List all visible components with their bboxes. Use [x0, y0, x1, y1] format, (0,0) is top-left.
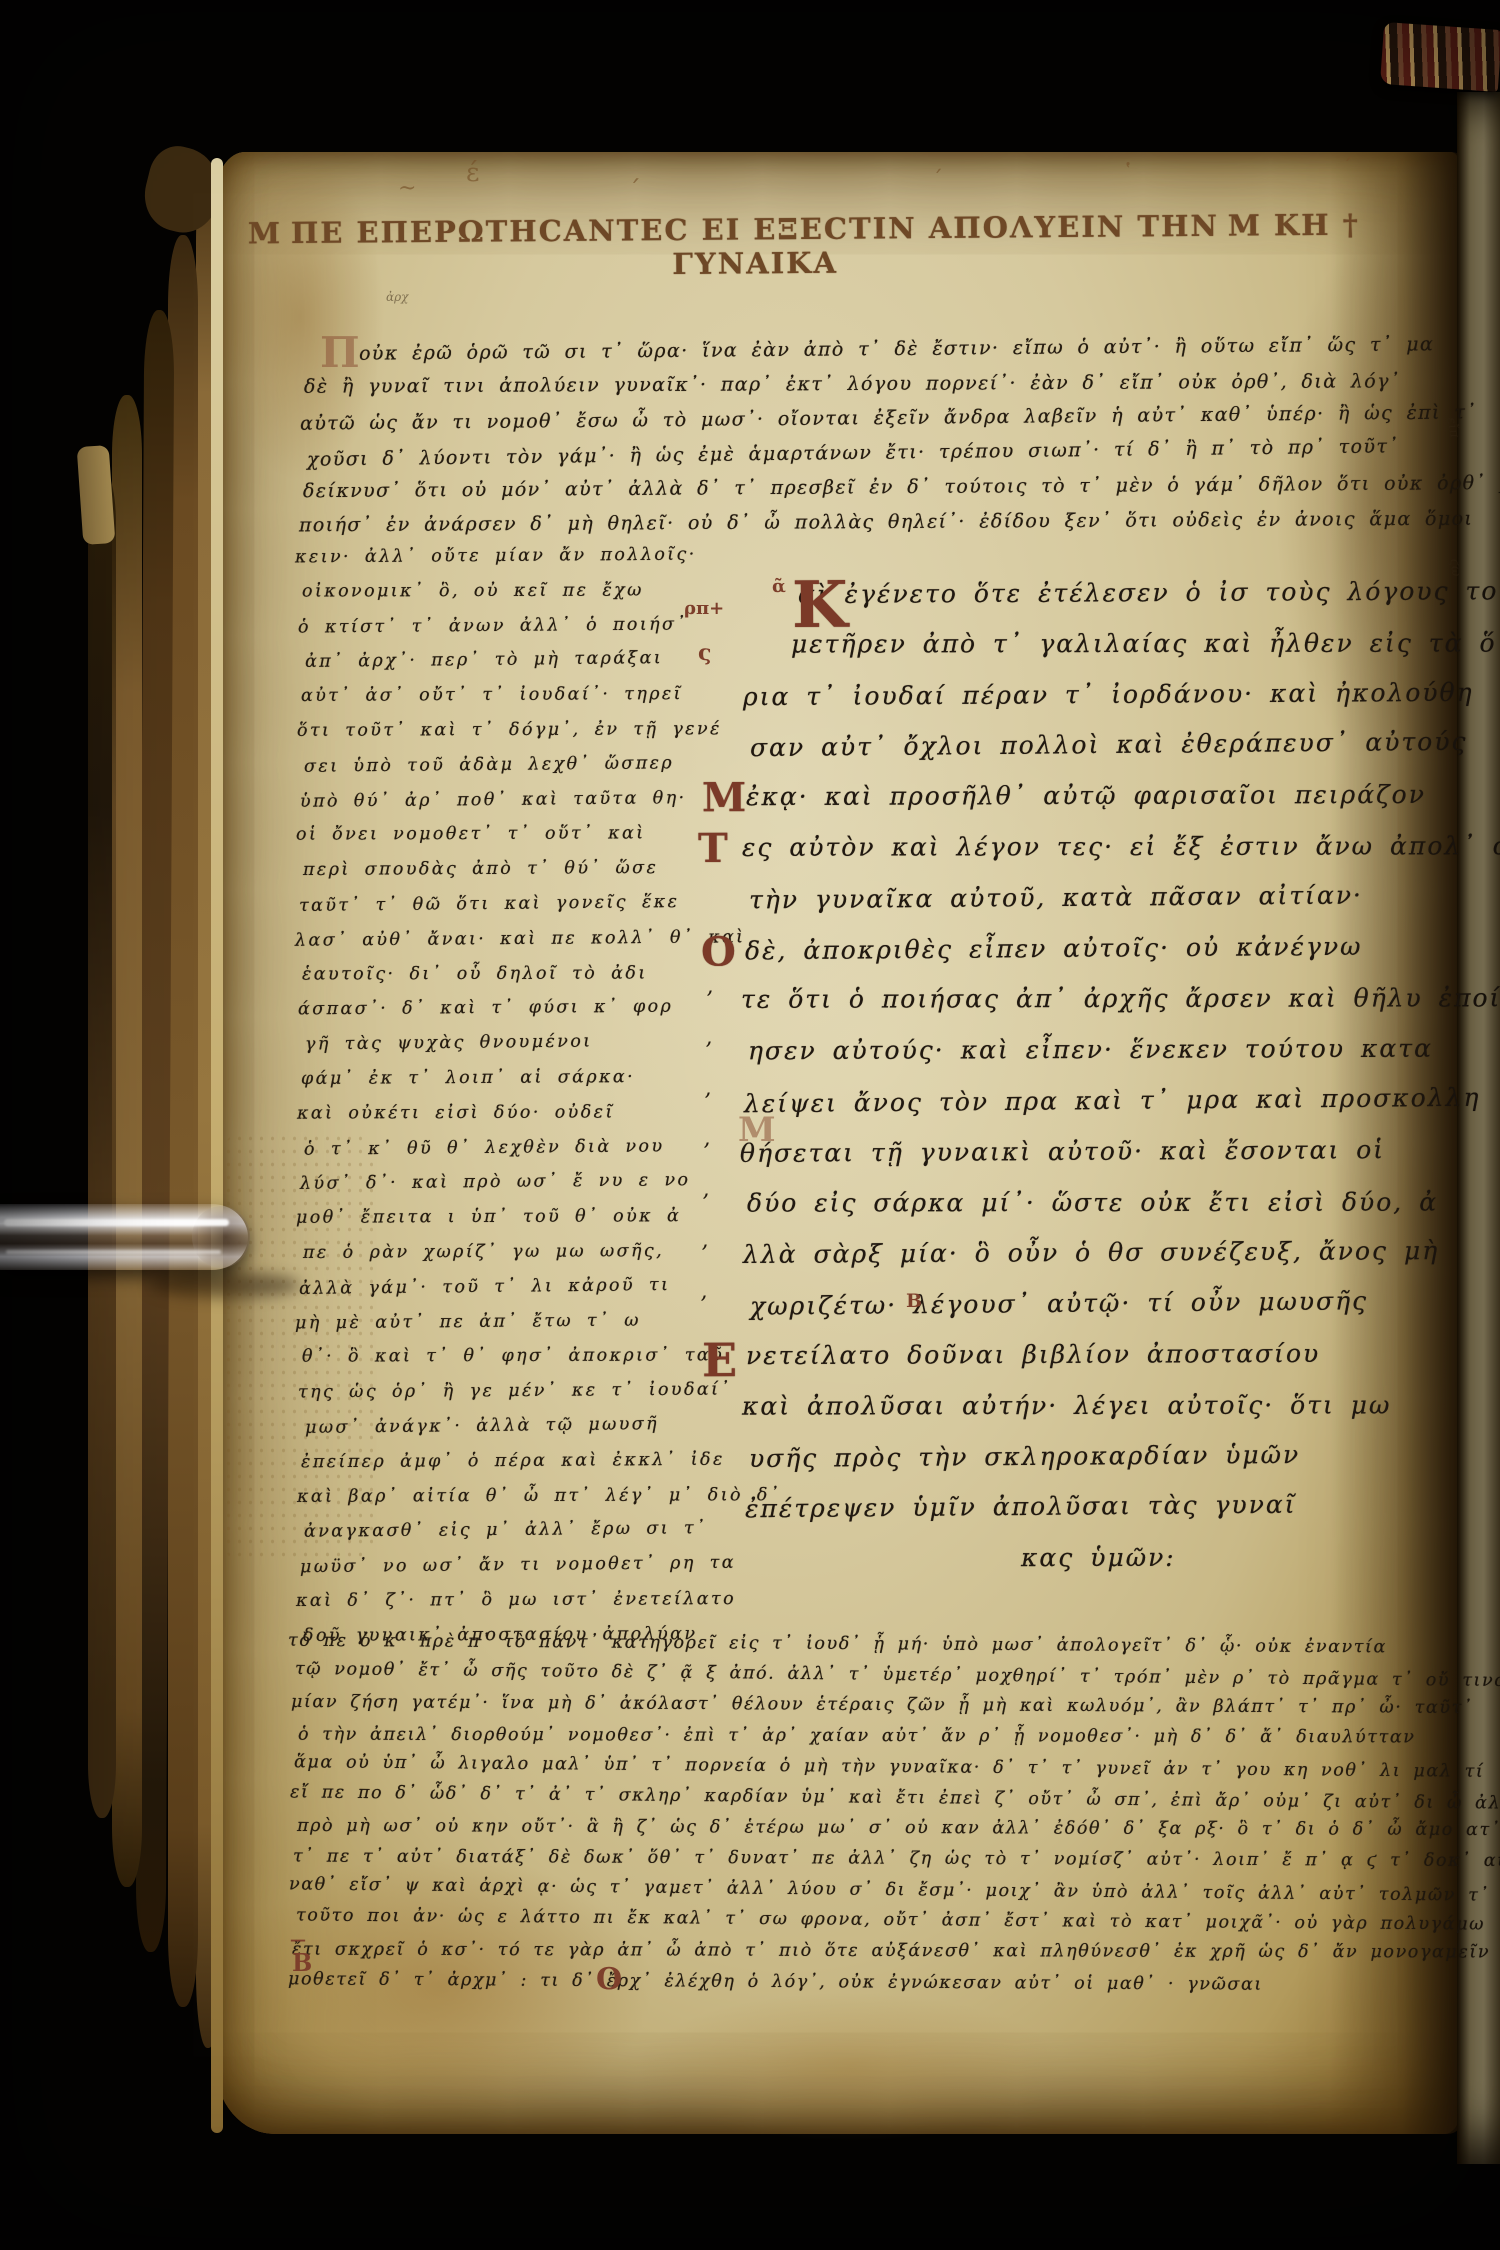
text-line: δύο εἰς σάρκα μί᾽· ὥστε οὐκ ἔτι εἰσὶ δύο…	[747, 1187, 1438, 1217]
rubric-initial-Κ: Κ	[792, 574, 850, 638]
text-line: μωσ᾽ ἀνάγκ᾽· ἀλλὰ τῷ μωυσῆ	[305, 1414, 659, 1438]
text-line: οἰκονομικ᾽ ὃ, οὐ κεῖ πε ἔχω	[302, 580, 644, 601]
text-line: μοθ᾽ ἔπειτα ι ὑπ᾽ τοῦ θ᾽ οὐκ ἀ	[296, 1206, 681, 1228]
text-line: ἐπείπερ ἀμφ᾽ ὁ πέρα καὶ ἐκκλ᾽ ἰδε	[301, 1449, 725, 1472]
text-line: της ὡς ὁρ᾽ ἢ γε μέν᾽ κε τ᾽ ἰουδαί᾽	[298, 1380, 732, 1403]
text-line: ἐκᾳ· καὶ προσῆλθ᾽ αὐτῷ φαρισαῖοι πειράζο…	[746, 780, 1426, 811]
text-line: υσῆς πρὸς τὴν σκληροκαρδίαν ὑμῶν	[749, 1440, 1300, 1473]
rubric-initial-Ε: Ε	[702, 1337, 739, 1383]
text-line: θ᾽· ὃ καὶ τ᾽ θ᾽ φησ᾽ ἀποκρισ᾽ ταῦ	[302, 1346, 724, 1367]
text-line: πε ὁ ρὰν χωρίζ᾽ γω μω ωσῆς,	[303, 1241, 664, 1263]
text-line: ὁ τ᾽ κ᾽ θῦ θ᾽ λεχθὲν διὰ νου	[304, 1136, 665, 1159]
rod-shadow	[150, 1272, 300, 1298]
chapter-number-right: Μ ΚΗ †	[1228, 208, 1360, 243]
text-line: θήσεται τῇ γυναικὶ αὐτοῦ· καὶ ἔσονται οἱ	[740, 1135, 1385, 1168]
quotation-margin-mark: ’	[704, 1090, 711, 1115]
margin-mark: Β	[292, 1948, 312, 1977]
text-line: καὶ βαρ᾽ αἰτία θ᾽ ὦ πτ᾽ λέγ᾽ μ᾽ διὸ δ᾽	[297, 1485, 781, 1507]
margin-mark: Π	[320, 328, 360, 377]
chapter-header: Μ ΠΕ ΕΠΕΡΩΤΗCΑΝΤΕC ΕΙ ΕΞΕCΤΙΝ ΑΠΟΛΥΕΙΝ Τ…	[248, 208, 1360, 285]
quotation-margin-mark: ’	[705, 1039, 712, 1064]
chapter-number-left: Μ	[248, 216, 282, 250]
text-line: ταῦτ᾽ τ᾽ θῶ ὅτι καὶ γονεῖς ἕκε	[299, 892, 680, 916]
text-line: λασ᾽ αὐθ᾽ ἄναι· καὶ πε κολλ᾽ θ᾽ καὶ	[295, 927, 746, 950]
text-line: αὐτ᾽ ἀσ᾽ οὔτ᾽ τ᾽ ἰουδαί᾽· τηρεῖ	[301, 684, 683, 706]
text-line: περὶ σπουδὰς ἀπὸ τ᾽ θύ᾽ ὥσε	[303, 858, 658, 880]
text-line: κας ὑμῶν:	[1021, 1543, 1176, 1572]
leaf-edge-highlight	[211, 158, 223, 2133]
page-edge-layer	[88, 470, 116, 1818]
manuscript-photograph: Μ ΠΕ ΕΠΕΡΩΤΗCΑΝΤΕC ΕΙ ΕΞΕCΤΙΝ ΑΠΟΛΥΕΙΝ Τ…	[0, 0, 1500, 2250]
text-line: οἱ ὄνει νομοθετ᾽ τ᾽ οὕτ᾽ καὶ	[296, 824, 646, 845]
quotation-margin-mark: ’	[702, 1191, 709, 1216]
chapter-title: ΠΕ ΕΠΕΡΩΤΗCΑΝΤΕC ΕΙ ΕΞΕCΤΙΝ ΑΠΟΛΥΕΙΝ ΤΗΝ…	[282, 209, 1228, 284]
text-line: ὁ τὴν ἀπειλ᾽ διορθούμ᾽ νομοθεσ᾽· ἐπὶ τ᾽ …	[298, 1725, 1416, 1748]
parchment-tab	[77, 445, 116, 545]
margin-mark: Μ	[738, 1110, 776, 1150]
margin-mark: ´	[628, 176, 641, 206]
text-line: νετείλατο δοῦναι βιβλίον ἀποστασίουΕ	[746, 1339, 1320, 1370]
text-line: δὲ, ἀποκριθὲς εἶπεν αὐτοῖς· οὐ κἀνέγνωΟ	[745, 931, 1363, 965]
margin-mark: έ	[466, 158, 479, 188]
text-line: τὴν γυναῖκα αὐτοῦ, κατὰ πᾶσαν αἰτίαν·	[749, 880, 1363, 914]
text-line: ὁ κτίστ᾽ τ᾽ ἀνων ἀλλ᾽ ὁ ποιήσ᾽	[298, 614, 688, 637]
text-line: ἔτι σκχρεῖ ὁ κσ᾽· τό τε γὰρ ἀπ᾽ ὦ ἀπὸ τ᾽…	[292, 1940, 1490, 1963]
text-line: καὶ οὐκέτι εἰσὶ δύο· οὐδεῖ	[297, 1102, 615, 1123]
quotation-margin-mark: ’	[701, 1242, 708, 1267]
text-line: γῆ τὰς ψυχὰς θνουμένοι	[305, 1032, 593, 1055]
margin-mark: ´	[932, 168, 943, 193]
rod-secondary-highlight	[6, 1250, 221, 1254]
text-line: ἑαυτοῖς· δι᾽ οὗ δηλοῖ τὸ ἀδι	[302, 963, 648, 984]
text-line: ησεν αὐτούς· καὶ εἶπεν· ἕνεκεν τούτου κα…	[748, 1034, 1433, 1066]
margin-mark: ϛω	[1446, 558, 1463, 578]
margin-mark: ᾶ	[772, 576, 786, 597]
margin-mark: ς	[698, 640, 711, 666]
margin-mark: ~	[398, 176, 416, 201]
margin-mark: —	[290, 1930, 306, 1949]
text-line: σει ὑπὸ τοῦ ἀδὰμ λεχθ᾽ ὥσπερ	[304, 753, 674, 777]
text-line: ρια τ᾽ ἰουδαί πέραν τ᾽ ἰορδάνου· καὶ ἠκο…	[743, 677, 1474, 711]
text-line: ὑπὸ θύ᾽ ἀρ᾽ ποθ᾽ καὶ ταῦτα θη·	[300, 788, 687, 812]
rod-specular-highlight	[4, 1219, 229, 1226]
text-line: ἀναγκασθ᾽ εἰς μ᾽ ἀλλ᾽ ἔρω σι τ᾽	[304, 1519, 707, 1543]
text-line: αὶ ἐγένετο ὅτε ἐτέλεσεν ὁ ἰσ τοὺς λόγους…	[798, 576, 1500, 609]
endband-weave	[1380, 22, 1500, 92]
text-line: ἀλλὰ γάμ᾽· τοῦ τ᾽ λι κἀροῦ τι	[299, 1275, 670, 1299]
text-line: ὅτι τοῦτ᾽ καὶ τ᾽ δόγμ᾽, ἐν τῇ γενέ	[297, 719, 722, 741]
rubric-initial-Ο: Ο	[701, 932, 738, 972]
rubric-initial-Τ: Τ	[698, 829, 730, 869]
text-line: καὶ ἀπολῦσαι αὐτήν· λέγει αὐτοῖς· ὅτι μω	[742, 1390, 1391, 1420]
text-line: μὴ μὲ αὐτ᾽ πε ἀπ᾽ ἔτω τ᾽ ω	[295, 1310, 641, 1333]
rubric-initial-Μ: Μ	[702, 778, 748, 818]
text-line: λλὰ σὰρξ μία· ὃ οὖν ὁ θσ συνέζευξ, ἄνος …	[743, 1236, 1439, 1269]
quotation-margin-mark: ’	[703, 1140, 710, 1165]
text-line: κειν· ἀλλ᾽ οὔτε μίαν ἄν πολλοῖς·	[295, 545, 697, 568]
margin-mark: ῾	[1122, 160, 1134, 188]
margin-mark: ´	[1342, 156, 1353, 181]
glass-weight-rod	[0, 1204, 248, 1270]
quotation-margin-mark: ’	[700, 1293, 707, 1318]
text-line: ἐπέτρεψεν ὑμῖν ἀπολῦσαι τὰς γυναῖ	[745, 1490, 1297, 1523]
text-line: άσπασ᾽· δ᾽ καὶ τ᾽ φύσι κ᾽ φορ	[298, 997, 673, 1020]
text-line: μετῆρεν ἀπὸ τ᾽ γαλιλαίας καὶ ἦλθεν εἰς τ…	[791, 628, 1497, 658]
margin-mark: Ο	[596, 1962, 622, 1997]
text-line: ες αὐτὸν καὶ λέγον τες· εἰ ἔξ ἐστιν ἄνω …	[742, 831, 1500, 862]
text-line: καὶ δ᾽ ζ᾽· πτ᾽ ὃ μω ιστ᾽ ἐνετείλατο	[296, 1589, 736, 1611]
rod-tip	[192, 1206, 250, 1268]
margin-mark: Β	[906, 1290, 922, 1312]
page-edge-layer	[112, 395, 142, 1887]
margin-mark: ἀρχ	[386, 290, 408, 304]
text-line: φάμ᾽ ἐκ τ᾽ λοιπ᾽ αἱ σάρκα·	[301, 1067, 635, 1089]
text-line: χωριζέτω· λέγουσ᾽ αὐτῷ· τί οὖν μωυσῆς	[750, 1286, 1368, 1321]
text-line: τε ὅτι ὁ ποιήσας ἀπ᾽ ἀρχῆς ἄρσεν καὶ θῆλ…	[741, 984, 1500, 1014]
quotation-margin-mark: ’	[706, 988, 713, 1013]
margin-mark: ρπ+	[684, 598, 724, 619]
